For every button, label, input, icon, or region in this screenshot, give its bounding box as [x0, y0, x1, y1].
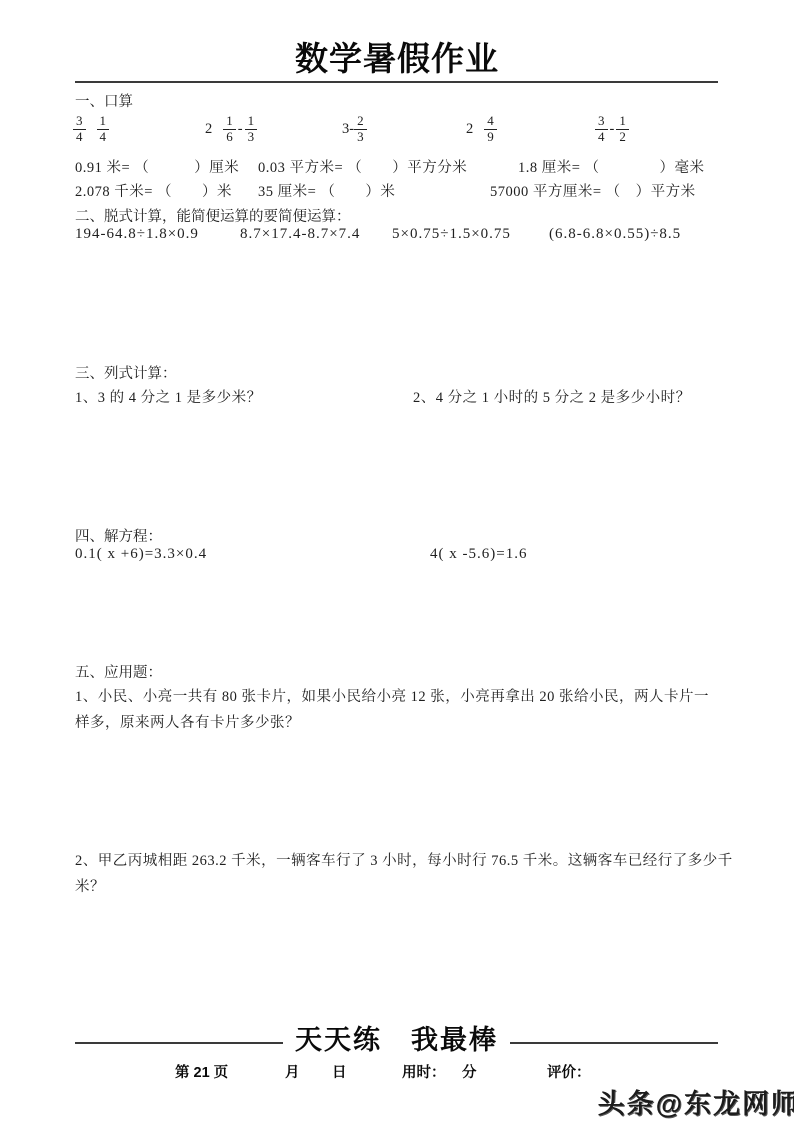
oral-problem-1: 34 14 [73, 108, 109, 150]
header-divider [75, 81, 718, 83]
worksheet-page: 数学暑假作业 一、口算 34 14 2 16 - 13 3- 23 2 49 3… [0, 0, 794, 1123]
word-problem: 1、小民、小亮一共有 80 张卡片，如果小民给小亮 12 张，小亮再拿出 20 … [75, 684, 723, 736]
calc-problem: 194-64.8÷1.8×0.9 [75, 226, 199, 243]
page-number: 第 21 页 [175, 1061, 228, 1082]
word-problem: 2、甲乙丙城相距 263.2 千米，一辆客车行了 3 小时，每小时行 76.5 … [75, 848, 755, 900]
fraction: 49 [484, 114, 497, 145]
oral-problem-3: 3- 23 [342, 108, 367, 150]
fraction: 16 [223, 114, 236, 145]
calc-problem: 5×0.75÷1.5×0.75 [392, 226, 511, 243]
integer-minus: 3- [342, 121, 354, 138]
fraction: 34 [73, 114, 86, 145]
minus-operator: - [236, 121, 245, 138]
calc-problem: 8.7×17.4-8.7×7.4 [240, 226, 360, 243]
fraction: 23 [354, 114, 367, 145]
calc-problem: (6.8-6.8×0.55)÷8.5 [549, 226, 681, 243]
rating-label: 评价： [547, 1061, 591, 1082]
minus-operator: - [608, 121, 617, 138]
conversion-item: 2.078 千米= （ ）米 [75, 180, 232, 201]
fraction: 14 [97, 114, 110, 145]
conversion-item: 0.03 平方米= （ ）平方分米 [258, 156, 467, 177]
oral-problem-4: 2 49 [466, 108, 497, 150]
minutes-label: 分 [462, 1061, 477, 1082]
month-label: 月 [285, 1061, 300, 1082]
equation: 0.1( x +6)=3.3×0.4 [75, 546, 207, 563]
oral-fraction-row: 34 14 2 16 - 13 3- 23 2 49 34 - 12 [0, 108, 794, 150]
watermark: 头条@东龙网师 [598, 1082, 794, 1121]
footer-slogan: 天天练 我最棒 [75, 1018, 718, 1057]
equation: 4( x -5.6)=1.6 [430, 546, 527, 563]
fraction: 13 [245, 114, 258, 145]
integer: 2 [205, 121, 212, 138]
page-title: 数学暑假作业 [0, 33, 794, 80]
word-problem: 2、4 分之 1 小时的 5 分之 2 是多少小时？ [413, 386, 691, 407]
conversion-item: 1.8 厘米= （ ）毫米 [518, 156, 705, 177]
section2-heading: 二、脱式计算，能简便运算的要简便运算： [75, 205, 351, 226]
time-used-label: 用时： [402, 1061, 446, 1082]
oral-problem-5: 34 - 12 [595, 108, 629, 150]
footer-slogan-wrap: 天天练 我最棒 [75, 1018, 718, 1054]
day-label: 日 [332, 1061, 347, 1082]
oral-problem-2: 2 16 - 13 [205, 108, 257, 150]
fraction: 34 [595, 114, 608, 145]
section5-heading: 五、应用题： [75, 661, 162, 682]
word-problem: 1、3 的 4 分之 1 是多少米？ [75, 386, 262, 407]
conversion-item: 35 厘米= （ ）米 [258, 180, 395, 201]
conversion-item: 0.91 米= （ ）厘米 [75, 156, 239, 177]
integer: 2 [466, 121, 473, 138]
section4-heading: 四、解方程： [75, 525, 162, 546]
fraction: 12 [616, 114, 629, 145]
conversion-item: 57000 平方厘米= （ ）平方米 [490, 180, 696, 201]
section3-heading: 三、列式计算： [75, 362, 177, 383]
